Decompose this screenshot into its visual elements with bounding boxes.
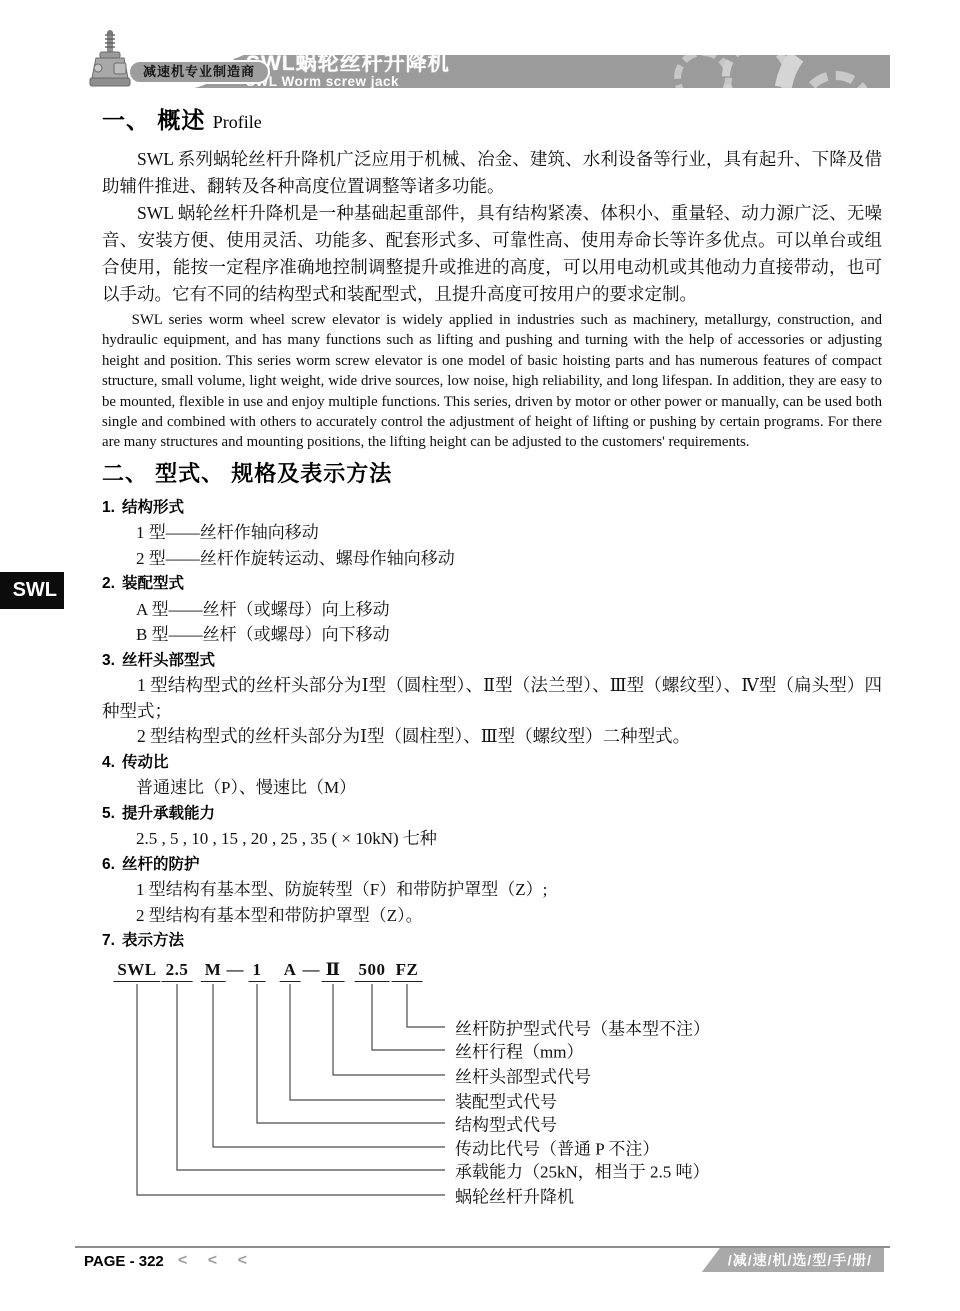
designation-token: Ⅱ <box>322 960 345 982</box>
spec-item-title: 装配型式 <box>122 575 184 592</box>
page-content: 一、 概述 Profile SWL 系列蜗轮丝杆升降机广泛应用于机械、冶金、建筑… <box>102 106 882 1212</box>
spec-item-line: 普通速比（P）、慢速比（M） <box>136 775 882 801</box>
spec-item-number: 1. <box>102 495 115 521</box>
spec-item-line: 1 型——丝杆作轴向移动 <box>136 520 882 546</box>
spec-item-head: 6.丝杆的防护 <box>102 852 882 878</box>
product-title-cn: SWL蜗轮丝杆升降机 <box>246 53 450 75</box>
manufacturer-badge: 减速机专业制造商 <box>128 60 270 84</box>
spec-item-head: 4.传动比 <box>102 750 882 776</box>
spec-item-line: 2.5 , 5 , 10 , 15 , 20 , 25 , 35 ( × 10k… <box>136 826 882 852</box>
spec-item-number: 2. <box>102 571 115 597</box>
designation-token: M <box>201 960 226 982</box>
catalog-page: 减速机专业制造商 SWL蜗轮丝杆升降机 SWL Worm screw jack … <box>0 0 960 1311</box>
spec-item-head: 1.结构形式 <box>102 495 882 521</box>
designation-label: 丝杆防护型式代号（基本型不注） <box>455 1014 710 1039</box>
profile-paragraph-cn-2: SWL 蜗轮丝杆升降机是一种基础起重部件，具有结构紧凑、体积小、重量轻、动力源广… <box>102 200 882 308</box>
handbook-badge: /减/速/机/选/型/手/册/ <box>702 1248 884 1272</box>
spec-item-number: 5. <box>102 801 115 827</box>
screw-jack-logo-icon <box>88 30 132 92</box>
spec-item-line: 2 型结构有基本型和带防护罩型（Z）。 <box>136 903 882 929</box>
leader-line <box>372 984 445 1050</box>
section-profile-heading-cn: 一、 概述 <box>102 107 205 133</box>
spec-item-head: 5.提升承载能力 <box>102 801 882 827</box>
spec-item-title: 丝杆头部型式 <box>122 652 215 669</box>
footer-rule <box>75 1246 890 1248</box>
spec-item-head: 7.表示方法 <box>102 928 882 954</box>
designation-token: A <box>280 960 301 982</box>
designation-token: SWL <box>113 960 160 982</box>
section-profile-heading-en: Profile <box>213 112 262 132</box>
spec-item-line: 1 型结构有基本型、防旋转型（F）和带防护罩型（Z）; <box>136 877 882 903</box>
designation-label: 蜗轮丝杆升降机 <box>455 1182 574 1207</box>
designation-token: 1 <box>249 960 266 982</box>
profile-paragraph-en: SWL series worm wheel screw elevator is … <box>102 310 882 453</box>
spec-item-title: 表示方法 <box>122 932 184 949</box>
spec-list: 1.结构形式1 型——丝杆作轴向移动2 型——丝杆作旋转运动、螺母作轴向移动2.… <box>102 495 882 954</box>
page-number: PAGE - 322 <box>84 1253 164 1270</box>
leader-line <box>137 984 445 1195</box>
spec-item-head: 3.丝杆头部型式 <box>102 648 882 674</box>
spec-item-title: 结构形式 <box>122 499 184 516</box>
leader-line <box>257 984 445 1123</box>
section-profile-heading: 一、 概述 Profile <box>102 106 882 136</box>
spec-item-line: 2 型结构型式的丝杆头部分为Ⅰ型（圆柱型）、Ⅲ型（螺纹型）二种型式。 <box>102 724 882 750</box>
spec-item-number: 4. <box>102 750 115 776</box>
designation-token: FZ <box>392 960 423 982</box>
designation-separator: — <box>303 960 320 980</box>
leader-line <box>290 984 445 1100</box>
logo-cloud-shape <box>196 30 250 60</box>
section-type-heading: 二、 型式、 规格及表示方法 <box>102 459 882 489</box>
designation-label: 丝杆头部型式代号 <box>455 1062 591 1087</box>
designation-label: 承载能力（25kN，相当于 2.5 吨） <box>455 1157 710 1182</box>
designation-separator: — <box>227 960 244 980</box>
back-chevrons-icon: < < < <box>178 1252 255 1270</box>
designation-token: 2.5 <box>162 960 193 982</box>
designation-diagram: SWL2.5M1AⅡ500FZ——丝杆防护型式代号（基本型不注）丝杆行程（mm）… <box>102 960 882 1212</box>
spec-item-title: 丝杆的防护 <box>122 856 200 873</box>
side-tab-swl: SWL <box>0 572 64 609</box>
spec-item-head: 2.装配型式 <box>102 571 882 597</box>
designation-label: 装配型式代号 <box>455 1087 557 1112</box>
spec-item-title: 提升承载能力 <box>122 805 215 822</box>
leader-line <box>407 984 445 1027</box>
designation-label: 丝杆行程（mm） <box>455 1037 583 1062</box>
designation-label: 传动比代号（普通 P 不注） <box>455 1134 659 1159</box>
designation-label: 结构型式代号 <box>455 1110 557 1135</box>
spec-item-number: 3. <box>102 648 115 674</box>
spec-item-line: A 型——丝杆（或螺母）向上移动 <box>136 597 882 623</box>
designation-token: 500 <box>355 960 390 982</box>
spec-item-line: 1 型结构型式的丝杆头部分为Ⅰ型（圆柱型）、Ⅱ型（法兰型）、Ⅲ型（螺纹型）、Ⅳ型… <box>102 673 882 724</box>
spec-item-title: 传动比 <box>122 754 169 771</box>
product-titles: SWL蜗轮丝杆升降机 SWL Worm screw jack <box>246 53 450 89</box>
profile-paragraph-cn-1: SWL 系列蜗轮丝杆升降机广泛应用于机械、冶金、建筑、水利设备等行业，具有起升、… <box>102 146 882 200</box>
spec-item-number: 6. <box>102 852 115 878</box>
leader-line <box>333 984 445 1075</box>
leader-line <box>177 984 445 1170</box>
spec-item-line: 2 型——丝杆作旋转运动、螺母作轴向移动 <box>136 546 882 572</box>
product-title-en: SWL Worm screw jack <box>246 75 450 89</box>
spec-item-line: B 型——丝杆（或螺母）向下移动 <box>136 622 882 648</box>
spec-item-number: 7. <box>102 928 115 954</box>
